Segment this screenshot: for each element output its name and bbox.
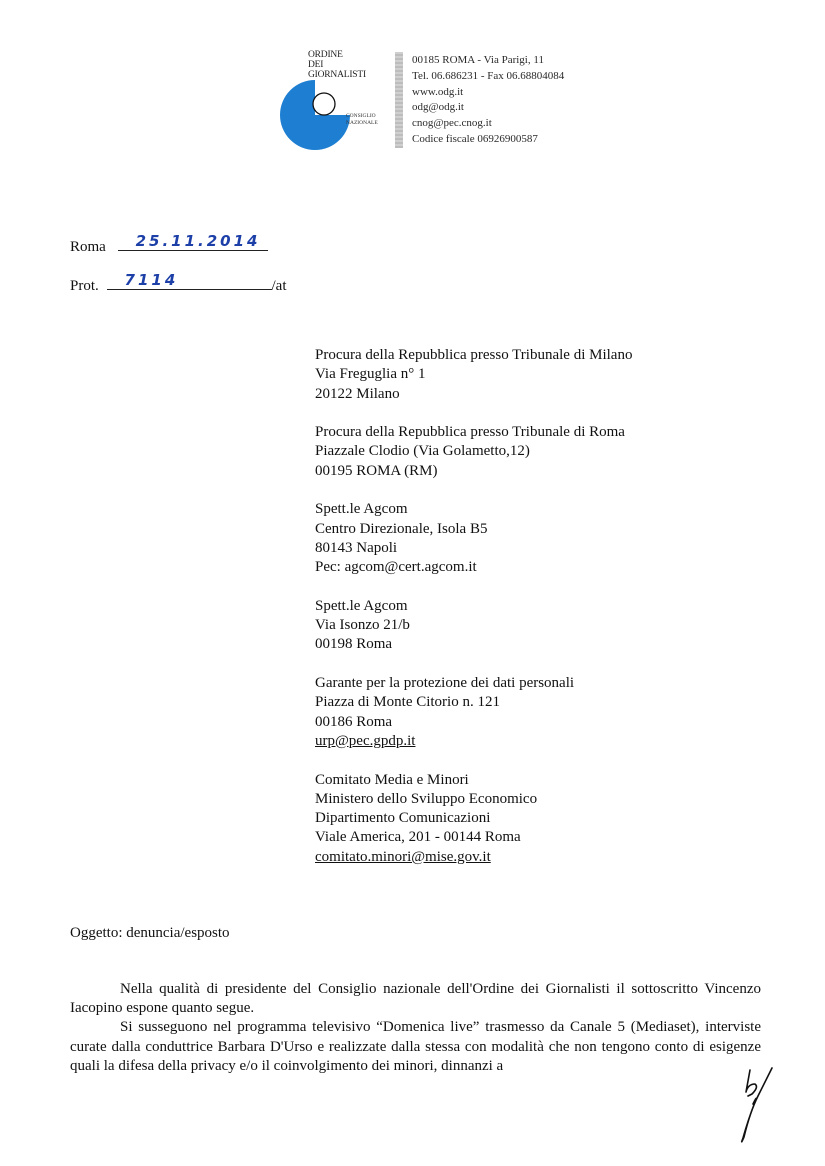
recipient-line: Procura della Repubblica presso Tribunal… (315, 346, 632, 365)
recipient-comitato-media-minori: Comitato Media e Minori Ministero dello … (315, 771, 632, 867)
recipient-line: 00186 Roma (315, 713, 632, 732)
recipient-line: Ministero dello Sviluppo Economico (315, 790, 632, 809)
recipient-line: Comitato Media e Minori (315, 771, 632, 790)
protocol-label: Prot. (70, 278, 99, 294)
contact-tax-code: Codice fiscale 06926900587 (412, 132, 564, 148)
logo-title-line: ORDINE (308, 50, 366, 60)
recipient-email-link[interactable]: urp@pec.gpdp.it (315, 733, 415, 749)
body-paragraph: Si susseguono nel programma televisivo “… (70, 1018, 761, 1076)
signature-initials-icon (728, 1062, 788, 1147)
contact-email[interactable]: odg@odg.it (412, 100, 564, 116)
logo-subtitle-line: CONSIGLIO (346, 113, 378, 120)
protocol-field: 7114 (107, 271, 272, 290)
protocol-handwritten: 7114 (125, 271, 179, 289)
logo-subtitle-line: NAZIONALE (346, 120, 378, 127)
logo-title: ORDINE DEI GIORNALISTI (308, 50, 366, 80)
recipient-line: Via Isonzo 21/b (315, 616, 632, 635)
recipient-procura-roma: Procura della Repubblica presso Tribunal… (315, 423, 632, 481)
letterhead-divider (395, 52, 403, 148)
date-label: Roma (70, 239, 106, 255)
recipient-line: Piazza di Monte Citorio n. 121 (315, 693, 632, 712)
recipient-agcom-napoli: Spett.le Agcom Centro Direzionale, Isola… (315, 500, 632, 577)
recipients-block: Procura della Repubblica presso Tribunal… (315, 346, 632, 886)
recipient-line: 00195 ROMA (RM) (315, 462, 632, 481)
date-handwritten: 25.11.2014 (136, 232, 261, 250)
recipient-line: Garante per la protezione dei dati perso… (315, 674, 632, 693)
recipient-line: Procura della Repubblica presso Tribunal… (315, 423, 632, 442)
recipient-line: Dipartimento Comunicazioni (315, 809, 632, 828)
recipient-garante-privacy: Garante per la protezione dei dati perso… (315, 674, 632, 751)
logo-title-line: GIORNALISTI (308, 70, 366, 80)
odg-logo: ORDINE DEI GIORNALISTI CONSIGLIO NAZIONA… (280, 50, 390, 150)
letter-page: ORDINE DEI GIORNALISTI CONSIGLIO NAZIONA… (0, 0, 825, 1166)
letter-body: Nella qualità di presidente del Consigli… (70, 980, 761, 1076)
recipient-line: Piazzale Clodio (Via Golametto,12) (315, 442, 632, 461)
letterhead-contacts: 00185 ROMA - Via Parigi, 11 Tel. 06.6862… (412, 53, 564, 148)
recipient-line: Via Freguglia n° 1 (315, 365, 632, 384)
recipient-procura-milano: Procura della Repubblica presso Tribunal… (315, 346, 632, 404)
protocol-row: Prot. 7114 /at (70, 271, 287, 295)
recipient-line: Spett.le Agcom (315, 500, 632, 519)
logo-title-line: DEI (308, 60, 366, 70)
logo-subtitle: CONSIGLIO NAZIONALE (346, 113, 378, 126)
recipient-email-link[interactable]: comitato.minori@mise.gov.it (315, 849, 491, 865)
recipient-line: Viale America, 201 - 00144 Roma (315, 828, 632, 847)
date-field: 25.11.2014 (118, 232, 268, 251)
recipient-line: 20122 Milano (315, 385, 632, 404)
recipient-line: Spett.le Agcom (315, 597, 632, 616)
body-paragraph: Nella qualità di presidente del Consigli… (70, 980, 761, 1018)
contact-website[interactable]: www.odg.it (412, 85, 564, 101)
recipient-line: 00198 Roma (315, 635, 632, 654)
subject-line: Oggetto: denuncia/esposto (70, 925, 230, 942)
contact-phone-fax: Tel. 06.686231 - Fax 06.68804084 (412, 69, 564, 85)
recipient-line: 80143 Napoli (315, 539, 632, 558)
contact-pec[interactable]: cnog@pec.cnog.it (412, 116, 564, 132)
date-row: Roma 25.11.2014 (70, 232, 268, 256)
protocol-suffix: /at (272, 278, 287, 294)
recipient-pec: Pec: agcom@cert.agcom.it (315, 558, 632, 577)
recipient-agcom-roma: Spett.le Agcom Via Isonzo 21/b 00198 Rom… (315, 597, 632, 655)
recipient-line: Centro Direzionale, Isola B5 (315, 520, 632, 539)
logo-pie-icon (280, 80, 350, 150)
contact-address: 00185 ROMA - Via Parigi, 11 (412, 53, 564, 69)
